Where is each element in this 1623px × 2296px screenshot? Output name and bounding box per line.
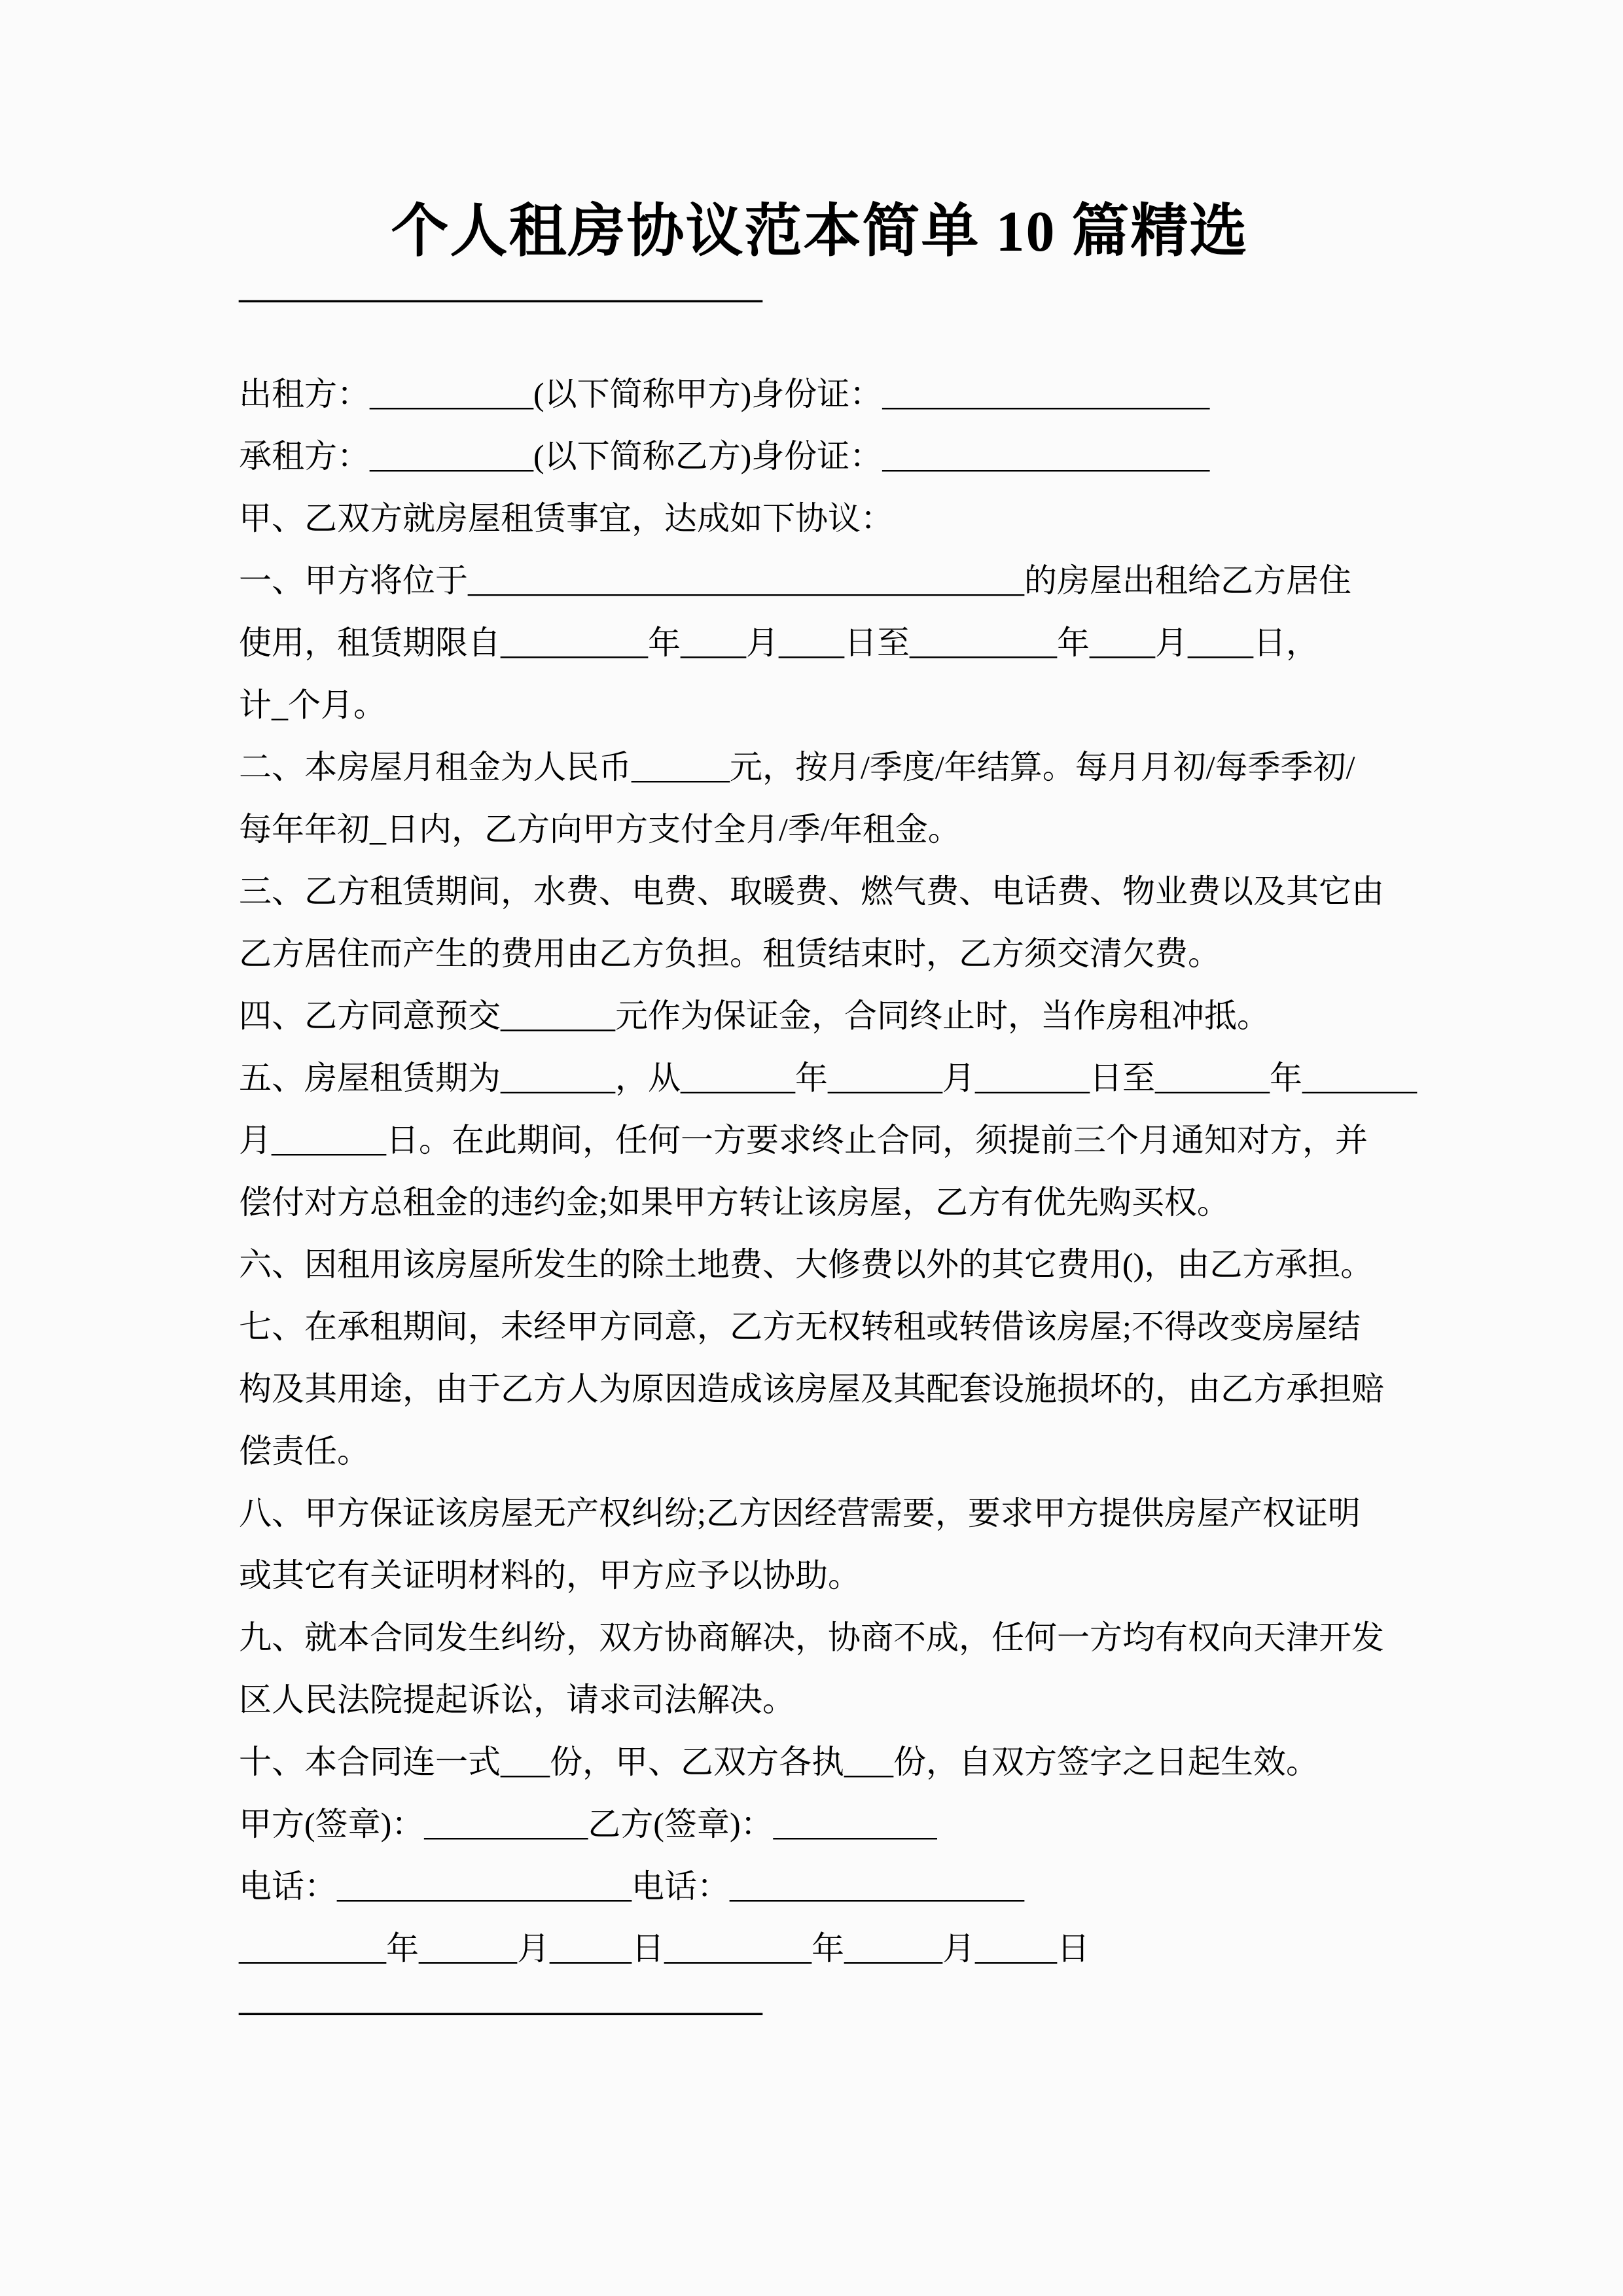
clause-8-line-1: 八、甲方保证该房屋无产权纠纷;乙方因经营需要，要求甲方提供房屋产权证明 <box>239 1482 1400 1545</box>
document-page: 个人租房协议范本简单 10 篇精选 ———————————————— 出租方：_… <box>0 0 1623 2296</box>
page-title: 个人租房协议范本简单 10 篇精选 <box>239 196 1400 268</box>
clause-9-line-2: 区人民法院提起诉讼，请求司法解决。 <box>239 1669 1400 1731</box>
phone-line: 电话：__________________电话：________________… <box>239 1856 1400 1918</box>
top-divider: ———————————————— <box>239 268 1400 327</box>
date-line: _________年______月_____日_________年______月… <box>239 1918 1400 1980</box>
clause-4-line: 四、乙方同意预交_______元作为保证金，合同终止时，当作房租冲抵。 <box>239 985 1400 1047</box>
lessor-line: 出租方：__________(以下简称甲方)身份证：______________… <box>239 363 1400 425</box>
lessee-line: 承租方：__________(以下简称乙方)身份证：______________… <box>239 425 1400 488</box>
clause-1-line-3: 计_个月。 <box>239 674 1400 736</box>
clause-5-line-3: 偿付对方总租金的违约金;如果甲方转让该房屋，乙方有优先购买权。 <box>239 1172 1400 1234</box>
clause-5-line-2: 月_______日。在此期间，任何一方要求终止合同，须提前三个月通知对方，并 <box>239 1109 1400 1172</box>
clause-3-line-2: 乙方居住而产生的费用由乙方负担。租赁结束时，乙方须交清欠费。 <box>239 923 1400 985</box>
signature-line: 甲方(签章)：__________乙方(签章)：__________ <box>239 1793 1400 1856</box>
clause-1-line-2: 使用，租赁期限自_________年____月____日至_________年_… <box>239 612 1400 674</box>
contract-body: 出租方：__________(以下简称甲方)身份证：______________… <box>239 363 1400 1980</box>
clause-2-line-2: 每年年初_日内，乙方向甲方支付全月/季/年租金。 <box>239 798 1400 861</box>
clause-7-line-1: 七、在承租期间，未经甲方同意，乙方无权转租或转借该房屋;不得改变房屋结 <box>239 1296 1400 1358</box>
clause-2-line-1: 二、本房屋月租金为人民币______元，按月/季度/年结算。每月月初/每季季初/ <box>239 736 1400 798</box>
preamble-line: 甲、乙双方就房屋租赁事宜，达成如下协议： <box>239 488 1400 550</box>
clause-6-line: 六、因租用该房屋所发生的除土地费、大修费以外的其它费用()，由乙方承担。 <box>239 1234 1400 1296</box>
clause-7-line-2: 构及其用途，由于乙方人为原因造成该房屋及其配套设施损坏的，由乙方承担赔 <box>239 1358 1400 1420</box>
clause-10-line: 十、本合同连一式___份，甲、乙双方各执___份，自双方签字之日起生效。 <box>239 1731 1400 1793</box>
clause-5-line-1: 五、房屋租赁期为_______，从_______年_______月_______… <box>239 1047 1400 1109</box>
bottom-divider: ———————————————— <box>239 1980 1400 2042</box>
clause-8-line-2: 或其它有关证明材料的，甲方应予以协助。 <box>239 1545 1400 1607</box>
clause-7-line-3: 偿责任。 <box>239 1420 1400 1482</box>
document-content: 个人租房协议范本简单 10 篇精选 ———————————————— 出租方：_… <box>0 0 1623 2042</box>
clause-3-line-1: 三、乙方租赁期间，水费、电费、取暖费、燃气费、电话费、物业费以及其它由 <box>239 861 1400 923</box>
clause-9-line-1: 九、就本合同发生纠纷，双方协商解决，协商不成，任何一方均有权向天津开发 <box>239 1607 1400 1669</box>
clause-1-line-1: 一、甲方将位于_________________________________… <box>239 550 1400 612</box>
